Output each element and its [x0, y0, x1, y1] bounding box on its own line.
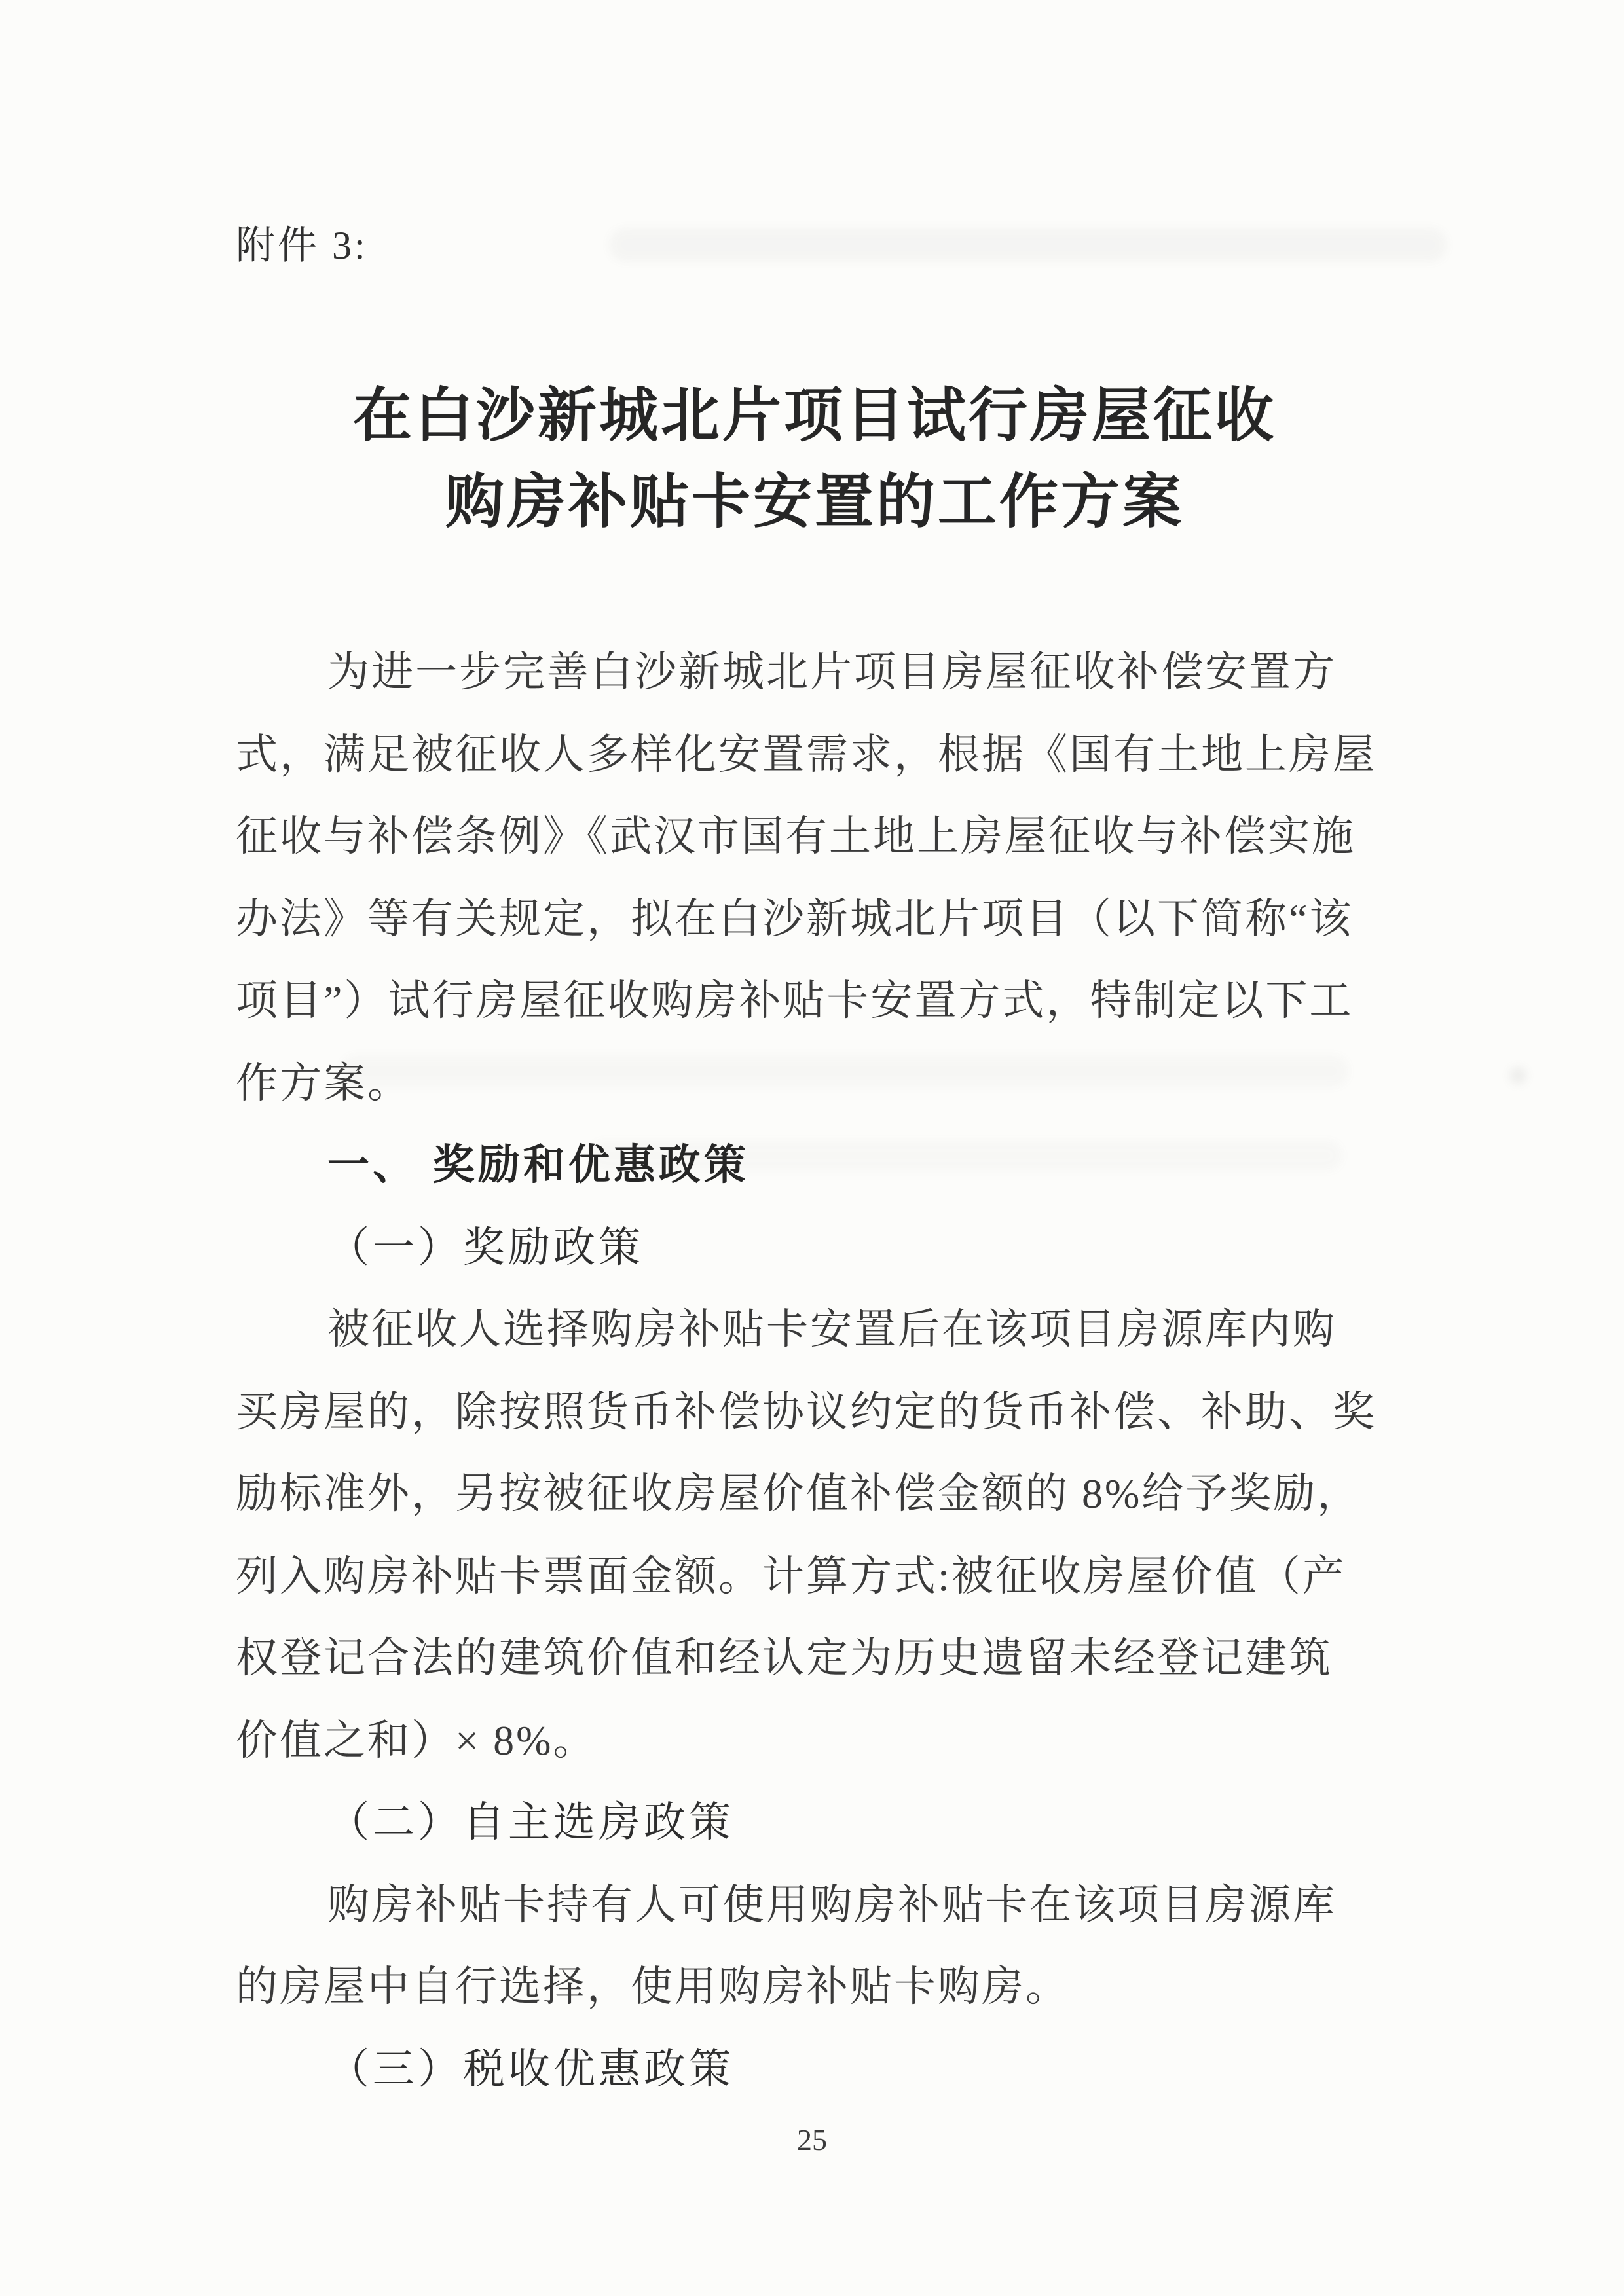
- document-title-line-1: 在白沙新城北片项目试行房屋征收: [236, 373, 1393, 460]
- subsection-heading: （一）奖励政策: [236, 1207, 1393, 1289]
- document-body: 为进一步完善白沙新城北片项目房屋征收补偿安置方 式，满足被征收人多样化安置需求，…: [236, 631, 1393, 2110]
- text-line: 权登记合法的建筑价值和经认定为历史遗留未经登记建筑: [236, 1617, 1393, 1700]
- text-line: 办法》等有关规定，拟在白沙新城北片项目（以下简称“该: [236, 878, 1393, 960]
- text-line: 励标准外，另按被征收房屋价值补偿金额的 8%给予奖励，: [236, 1453, 1393, 1535]
- document-title: 在白沙新城北片项目试行房屋征收 购房补贴卡安置的工作方案: [236, 373, 1393, 546]
- document-title-line-2: 购房补贴卡安置的工作方案: [236, 460, 1393, 546]
- text-line: 征收与补偿条例》《武汉市国有土地上房屋征收与补偿实施: [236, 795, 1393, 878]
- text-line: 项目”）试行房屋征收购房补贴卡安置方式，特制定以下工: [236, 960, 1393, 1042]
- text-line: 式，满足被征收人多样化安置需求，根据《国有土地上房屋: [236, 714, 1393, 796]
- text-line: 被征收人选择购房补贴卡安置后在该项目房源库内购: [236, 1288, 1393, 1371]
- section-heading: 一、 奖励和优惠政策: [236, 1124, 1393, 1207]
- page-number: 25: [0, 2123, 1624, 2157]
- subsection-heading: （二）自主选房政策: [236, 1781, 1393, 1864]
- text-line: 作方案。: [236, 1042, 1393, 1125]
- document-page: 附件 3: 在白沙新城北片项目试行房屋征收 购房补贴卡安置的工作方案 为进一步完…: [0, 0, 1624, 2296]
- attachment-label: 附件 3:: [236, 223, 1393, 268]
- text-line: 列入购房补贴卡票面金额。计算方式:被征收房屋价值（产: [236, 1535, 1393, 1618]
- document-content: 附件 3: 在白沙新城北片项目试行房屋征收 购房补贴卡安置的工作方案 为进一步完…: [0, 0, 1624, 2110]
- text-line: 买房屋的，除按照货币补偿协议约定的货币补偿、补助、奖: [236, 1371, 1393, 1453]
- text-line: 价值之和）× 8%。: [236, 1700, 1393, 1782]
- text-line: 的房屋中自行选择，使用购房补贴卡购房。: [236, 1946, 1393, 2028]
- text-line: 为进一步完善白沙新城北片项目房屋征收补偿安置方: [236, 631, 1393, 714]
- text-line: 购房补贴卡持有人可使用购房补贴卡在该项目房源库: [236, 1864, 1393, 1946]
- subsection-heading: （三）税收优惠政策: [236, 2028, 1393, 2111]
